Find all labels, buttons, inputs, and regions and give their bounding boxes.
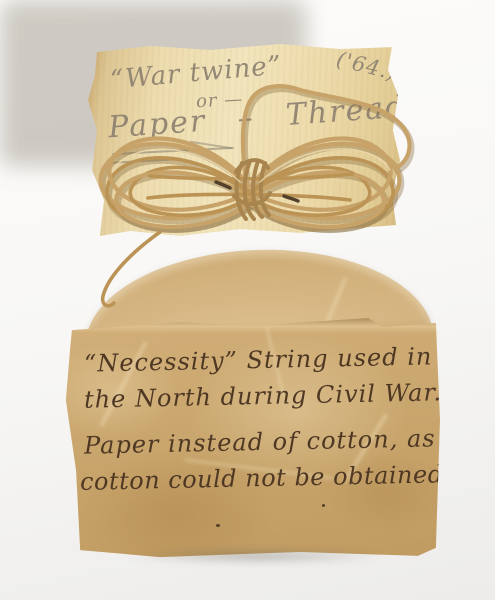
envelope-text-line: “Necessity” String used in bbox=[84, 342, 433, 377]
paper-speck bbox=[322, 504, 325, 507]
specimen-card: “War twine” ('64.) or — Paper – Thread bbox=[86, 44, 408, 236]
paper-crease bbox=[325, 277, 347, 326]
photo-canvas: “War twine” ('64.) or — Paper – Thread “… bbox=[0, 0, 495, 600]
envelope-text-line: Paper instead of cotton, as bbox=[84, 424, 436, 459]
paper-speck bbox=[216, 524, 220, 527]
pencil-underline bbox=[108, 158, 180, 164]
envelope-body: “Necessity” String used in the North dur… bbox=[64, 318, 440, 560]
card-subtitle-text: Paper – Thread bbox=[107, 90, 407, 146]
envelope-text-line: the North during Civil War. bbox=[84, 378, 442, 413]
pencil-underline bbox=[112, 147, 234, 155]
envelope-text-line: cotton could not be obtained. bbox=[80, 460, 452, 496]
card-year-note: ('64.) bbox=[334, 47, 400, 85]
card-title-text: “War twine” bbox=[109, 51, 283, 96]
